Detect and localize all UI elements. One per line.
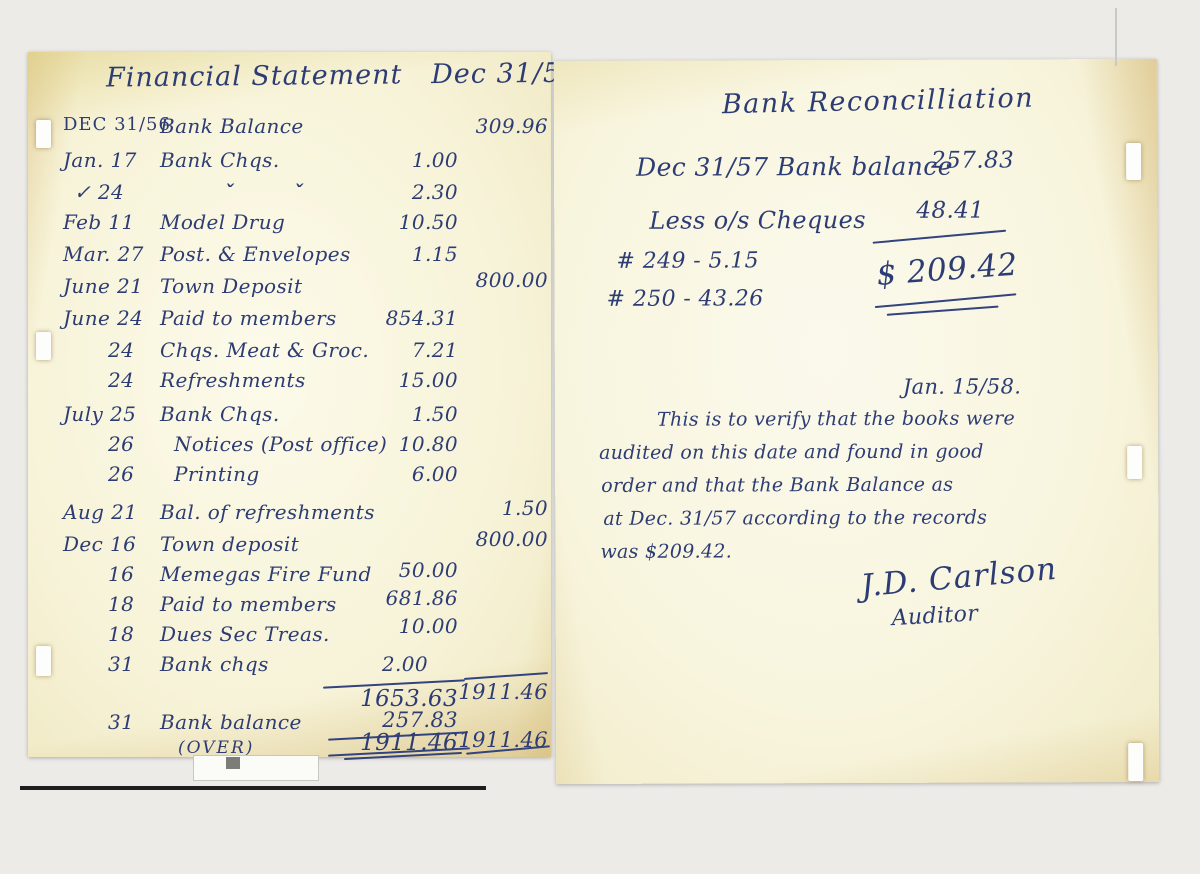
entry-date: 31	[108, 652, 134, 676]
balance-line: Dec 31/57 Bank balance	[636, 152, 953, 182]
ledger-row: 18 Dues Sec Treas. 10.00	[28, 622, 551, 652]
ledger-row: 24 Chqs. Meat & Groc. 7.21	[28, 338, 551, 368]
page-title: Bank Reconcilliation	[722, 83, 1035, 121]
entry-desc: Refreshments	[160, 368, 306, 392]
ledger-row: 16 Memegas Fire Fund 50.00	[28, 562, 551, 592]
total-amount-right: 1911.46	[458, 680, 548, 704]
ledger-row: Dec 16 Town deposit 800.00	[28, 532, 551, 562]
ditto-marks: ˇ ˇ	[224, 180, 304, 204]
binder-tab	[193, 755, 319, 781]
entry-date: June 24	[63, 306, 143, 330]
punch-hole	[36, 120, 51, 148]
ledger-row: June 21 Town Deposit 800.00	[28, 274, 551, 304]
entry-date: 26	[108, 432, 134, 456]
net-underline-2	[887, 306, 999, 316]
entry-amount-mid: 1.50	[306, 402, 458, 426]
entry-desc: Bal. of refreshments	[160, 500, 375, 524]
punch-hole	[1128, 743, 1143, 781]
financial-statement-page: Financial Statement Dec 31/57. DEC 31/56…	[28, 52, 551, 757]
page-title: Financial Statement Dec 31/57.	[106, 57, 589, 93]
entry-date: 26	[108, 462, 134, 486]
entry-amount-mid: 7.21	[306, 338, 458, 362]
ledger-row: 18 Paid to members 681.86	[28, 592, 551, 622]
bank-reconciliation-page: Bank Reconcilliation Dec 31/57 Bank bala…	[554, 59, 1160, 784]
entry-desc: Model Drug	[160, 210, 285, 234]
entry-amount-mid: 50.00	[306, 558, 458, 582]
binder-clip	[226, 757, 240, 769]
audit-note-line: audited on this date and found in good	[599, 441, 984, 464]
scan-shadow-bar	[20, 786, 486, 790]
entry-amount-right: 309.96	[458, 114, 548, 138]
entry-desc: Printing	[174, 462, 260, 486]
ledger-row: 26 Notices (Post office) 10.80	[28, 432, 551, 462]
cheque-item: # 249 - 5.15	[616, 248, 759, 273]
scan-seam-line	[1115, 8, 1117, 66]
punch-hole	[1126, 143, 1141, 180]
punch-hole	[1127, 446, 1142, 479]
entry-date: 18	[108, 622, 134, 646]
entry-amount-mid: 1.00	[306, 148, 458, 172]
ledger-row: DEC 31/56 Bank Balance 309.96	[28, 114, 551, 144]
entry-desc: Bank chqs	[160, 652, 269, 676]
scanned-document: Financial Statement Dec 31/57. DEC 31/56…	[0, 0, 1200, 874]
entry-amount-mid: 10.50	[306, 210, 458, 234]
entry-desc: Town Deposit	[160, 274, 302, 298]
audit-note-line: This is to verify that the books were	[657, 407, 1015, 430]
entry-amount-right: 800.00	[458, 527, 548, 551]
auditor-signature: J.D. Carlson	[859, 551, 1058, 605]
audit-note-date: Jan. 15/58.	[903, 374, 1021, 398]
auditor-role: Auditor	[891, 601, 979, 631]
entry-date: 24	[108, 368, 134, 392]
audit-note-line: at Dec. 31/57 according to the records	[603, 507, 987, 530]
entry-amount-mid: 15.00	[306, 368, 458, 392]
ledger-row: ✓ 24 ˇ ˇ 2.30	[28, 180, 551, 210]
entry-date: June 21	[63, 274, 143, 298]
entry-amount-right: 1.50	[458, 496, 548, 520]
entry-desc: Bank Balance	[160, 114, 304, 138]
entry-desc: Town deposit	[160, 532, 299, 556]
audit-note-line: order and that the Bank Balance as	[601, 474, 953, 497]
ledger-row: Feb 11 Model Drug 10.50	[28, 210, 551, 240]
entry-amount-mid: 2.30	[306, 180, 458, 204]
ledger-row: July 25 Bank Chqs. 1.50	[28, 402, 551, 432]
entry-date: Feb 11	[63, 210, 135, 234]
entry-amount-mid: 681.86	[306, 586, 458, 610]
entry-date: July 25	[63, 402, 136, 426]
entry-date: Mar. 27	[63, 242, 144, 266]
ledger-row: June 24 Paid to members 854.31	[28, 306, 551, 336]
entry-amount-mid: 2.00	[278, 652, 428, 676]
balance-amount: 257.83	[924, 147, 1014, 173]
entry-desc: Bank Chqs.	[160, 148, 280, 172]
entry-date: DEC 31/56	[63, 114, 171, 135]
entry-date: Jan. 17	[63, 148, 137, 172]
entry-date: ✓ 24	[74, 180, 124, 204]
entry-date: 18	[108, 592, 134, 616]
entry-date: 24	[108, 338, 134, 362]
less-line: Less o/s Cheques	[649, 206, 866, 235]
ledger-row: 26 Printing 6.00	[28, 462, 551, 492]
punch-hole	[36, 332, 51, 360]
entry-amount-mid: 1.15	[306, 242, 458, 266]
ledger-row: Aug 21 Bal. of refreshments 1.50	[28, 500, 551, 530]
entry-amount-mid: 10.80	[306, 432, 458, 456]
audit-note-line: was $209.42.	[600, 540, 732, 562]
net-balance-amount: $ 209.42	[875, 247, 1019, 293]
less-underline	[873, 230, 1007, 244]
less-amount: 48.41	[904, 198, 984, 224]
entry-amount-mid: 10.00	[306, 614, 458, 638]
ledger-row: 24 Refreshments 15.00	[28, 368, 551, 398]
entry-amount-right: 800.00	[458, 268, 548, 292]
entry-desc: Dues Sec Treas.	[160, 622, 330, 646]
entry-date: 16	[108, 562, 134, 586]
entry-desc: Bank Chqs.	[160, 402, 280, 426]
ledger-row: Jan. 17 Bank Chqs. 1.00	[28, 148, 551, 178]
punch-hole	[36, 646, 51, 676]
entry-amount-mid: 854.31	[306, 306, 458, 330]
cheque-item: # 250 - 43.26	[607, 286, 764, 312]
entry-date: Aug 21	[63, 500, 137, 524]
entry-date: Dec 16	[63, 532, 136, 556]
entry-amount-mid: 6.00	[306, 462, 458, 486]
